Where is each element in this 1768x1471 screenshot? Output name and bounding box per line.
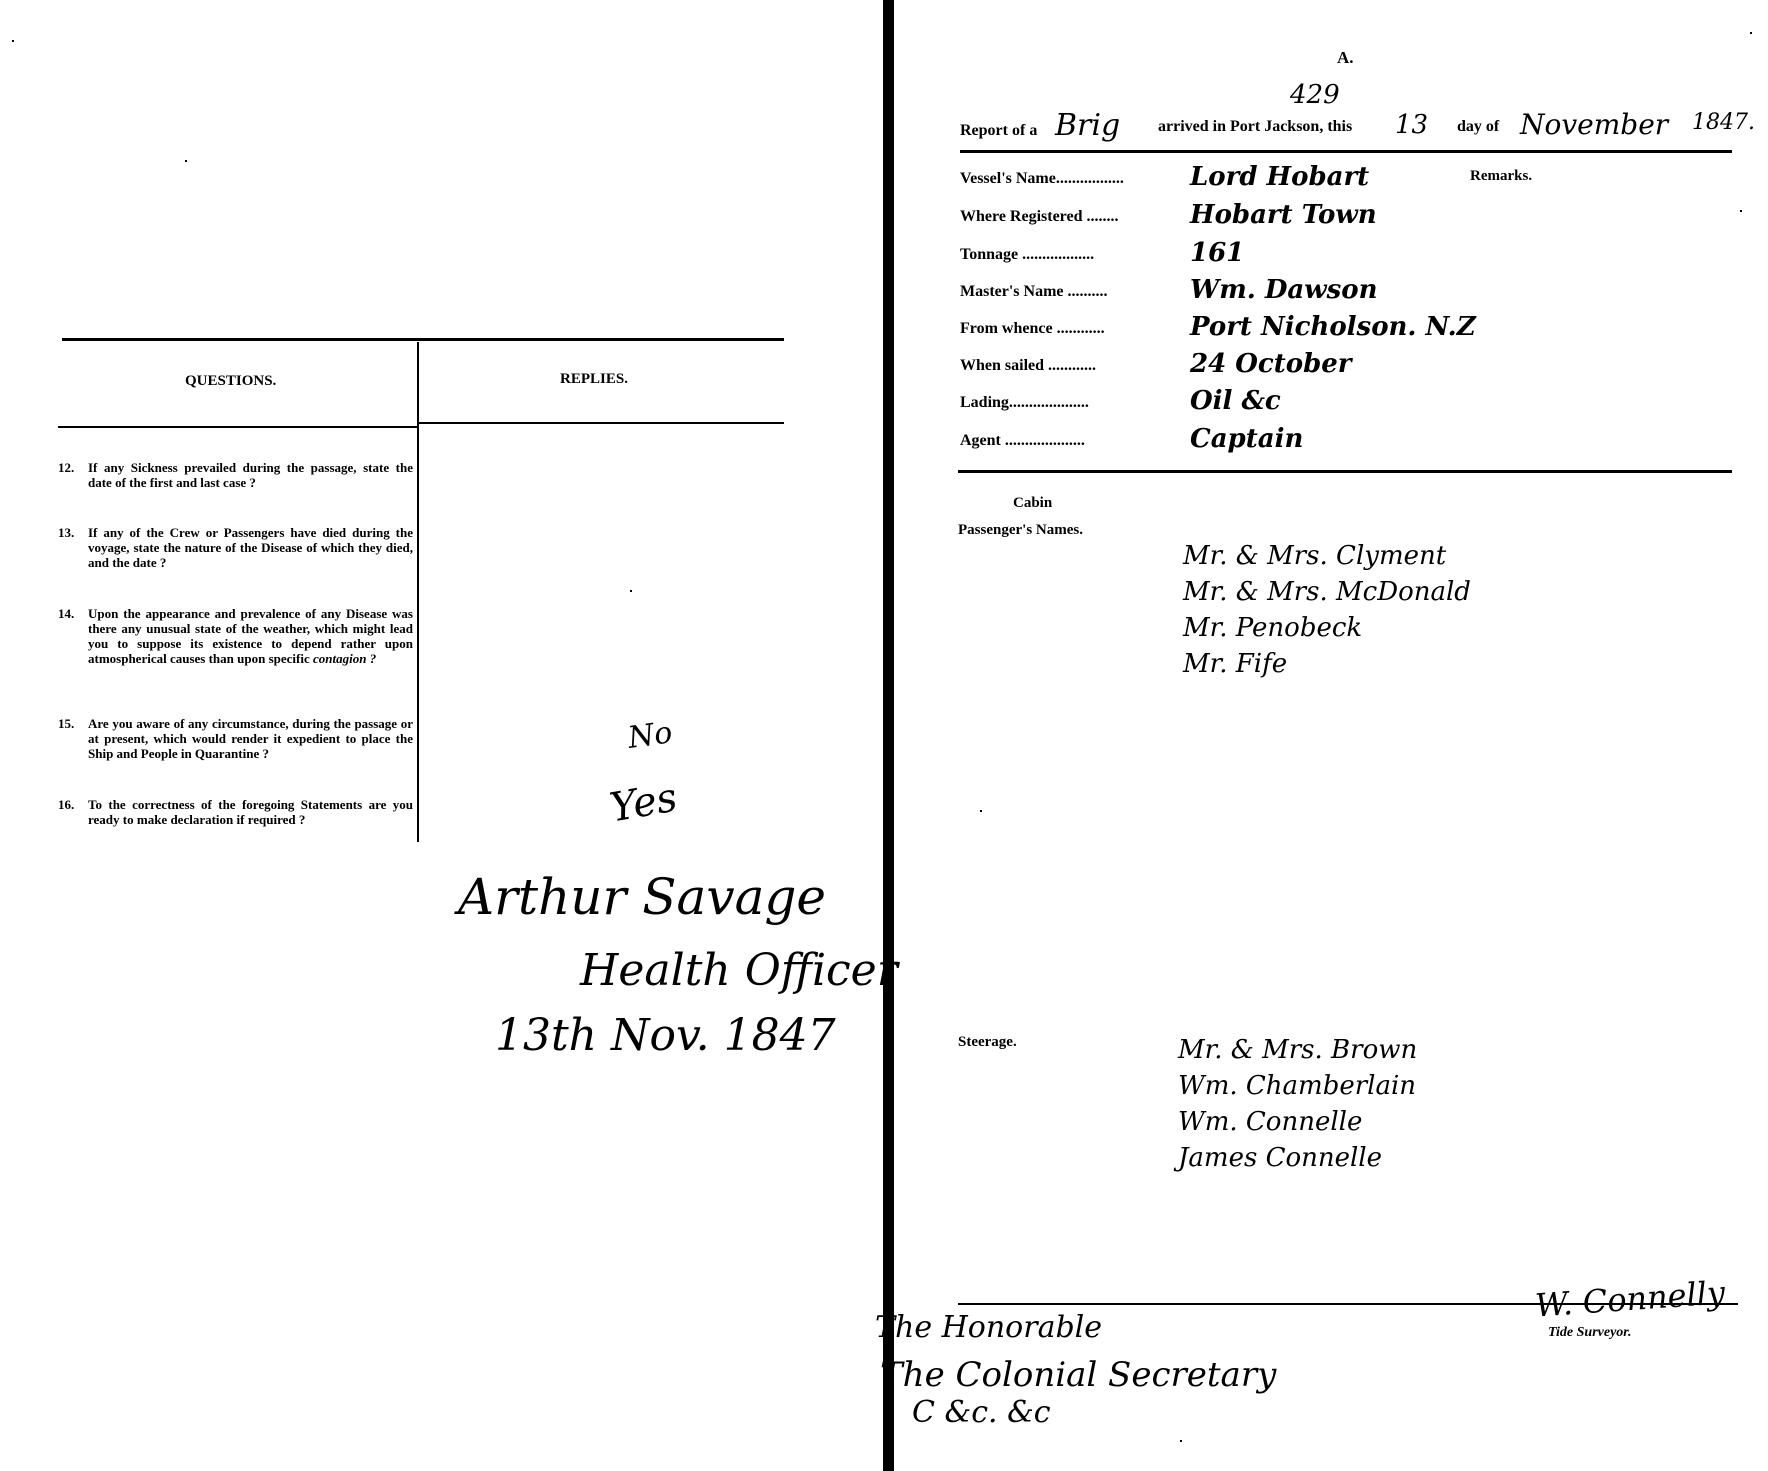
scan-speck <box>1750 32 1752 34</box>
field-from-whence: From whence ............ Port Nicholson.… <box>960 320 1768 344</box>
field-value: Hobart Town <box>1190 200 1377 230</box>
question-number: 12. <box>58 460 86 475</box>
report-line-rule <box>960 150 1732 153</box>
field-vessel-name: Vessel's Name................. Lord Hoba… <box>960 170 1768 194</box>
page-spine-divider <box>883 0 894 1471</box>
question-number: 15. <box>58 716 86 731</box>
cabin-passenger: Mr. Fife <box>1183 646 1471 682</box>
question-16: 16. To the correctness of the foregoing … <box>58 797 413 827</box>
field-label: Agent .................... <box>960 432 1085 450</box>
table-column-divider <box>417 342 419 842</box>
addressee-line-2: The Colonial Secretary <box>880 1355 1276 1395</box>
scan-speck <box>1180 1440 1182 1442</box>
passengers-names-label: Passenger's Names. <box>958 522 1083 539</box>
field-value: Port Nicholson. N.Z <box>1190 312 1476 342</box>
field-where-registered: Where Registered ........ Hobart Town <box>960 208 1768 232</box>
field-agent: Agent .................... Captain <box>960 432 1768 456</box>
field-label: When sailed ............ <box>960 357 1096 375</box>
field-label: Tonnage .................. <box>960 246 1094 264</box>
signature-date: 13th Nov. 1847 <box>495 1010 836 1061</box>
health-officer-title: Health Officer <box>580 945 898 996</box>
field-value: Captain <box>1190 424 1303 454</box>
question-text: Upon the appearance and prevalence of an… <box>88 606 413 666</box>
question-text-italic: contagion ? <box>313 651 376 666</box>
steerage-passenger: James Connelle <box>1178 1140 1417 1176</box>
fields-bottom-rule <box>958 470 1732 473</box>
question-15: 15. Are you aware of any circumstance, d… <box>58 716 413 761</box>
scan-speck <box>980 810 982 812</box>
health-officer-signature: Arthur Savage <box>458 868 826 926</box>
report-middle: arrived in Port Jackson, this <box>1158 118 1352 136</box>
steerage-passenger: Wm. Connelle <box>1178 1104 1417 1140</box>
addressee-line-3: C &c. &c <box>912 1395 1051 1430</box>
tide-surveyor-signature: W. Connelly <box>1534 1273 1726 1324</box>
field-value: Wm. Dawson <box>1190 275 1377 305</box>
section-letter: A. <box>1337 48 1354 68</box>
arrival-year: 1847. <box>1692 110 1755 135</box>
field-label: Vessel's Name................. <box>960 170 1124 188</box>
question-number: 16. <box>58 797 86 812</box>
question-13: 13. If any of the Crew or Passengers hav… <box>58 525 413 570</box>
scan-speck <box>185 160 187 162</box>
question-text: To the correctness of the foregoing Stat… <box>88 797 413 827</box>
reply-16-handwritten: Yes <box>607 775 681 832</box>
field-label: Where Registered ........ <box>960 208 1118 226</box>
question-text: If any Sickness prevailed during the pas… <box>88 460 413 490</box>
field-label: Lading.................... <box>960 394 1089 412</box>
steerage-passenger: Wm. Chamberlain <box>1178 1068 1417 1104</box>
field-lading: Lading.................... Oil &c <box>960 394 1768 418</box>
arrival-day: 13 <box>1395 110 1428 140</box>
question-number: 13. <box>58 525 86 540</box>
question-number: 14. <box>58 606 86 621</box>
field-value: 161 <box>1190 238 1244 268</box>
field-when-sailed: When sailed ............ 24 October <box>960 357 1768 381</box>
field-label: From whence ............ <box>960 320 1105 338</box>
steerage-passenger: Mr. & Mrs. Brown <box>1178 1032 1417 1068</box>
steerage-passenger-list: Mr. & Mrs. Brown Wm. Chamberlain Wm. Con… <box>1178 1032 1417 1176</box>
scan-speck <box>12 40 14 42</box>
arrival-month: November <box>1520 108 1668 141</box>
report-line: Report of a Brig arrived in Port Jackson… <box>960 106 1740 146</box>
scan-speck <box>1740 210 1742 212</box>
cabin-passenger: Mr. Penobeck <box>1183 610 1471 646</box>
replies-header: REPLIES. <box>560 371 628 388</box>
question-12: 12. If any Sickness prevailed during the… <box>58 460 413 490</box>
cabin-passenger: Mr. & Mrs. McDonald <box>1183 574 1471 610</box>
field-masters-name: Master's Name .......... Wm. Dawson <box>960 283 1768 307</box>
cabin-label: Cabin <box>1013 495 1052 512</box>
reply-15-handwritten: No <box>626 715 675 756</box>
field-value: Lord Hobart <box>1190 162 1369 192</box>
report-prefix: Report of a <box>960 122 1037 140</box>
addressee-line-1: The Honorable <box>875 1310 1102 1345</box>
field-label: Master's Name .......... <box>960 283 1108 301</box>
scan-speck <box>630 590 632 592</box>
cabin-passenger-list: Mr. & Mrs. Clyment Mr. & Mrs. McDonald M… <box>1183 538 1471 682</box>
table-header-bottom-rule-right <box>419 422 784 424</box>
field-tonnage: Tonnage .................. 161 <box>960 246 1768 270</box>
question-text: If any of the Crew or Passengers have di… <box>88 525 413 570</box>
question-text: Are you aware of any circumstance, durin… <box>88 716 413 761</box>
field-value: Oil &c <box>1190 386 1281 416</box>
questions-header: QUESTIONS. <box>185 373 276 390</box>
vessel-type: Brig <box>1055 108 1120 143</box>
field-value: 24 October <box>1190 349 1351 379</box>
table-top-rule <box>62 338 784 341</box>
table-header-bottom-rule-left <box>58 426 417 428</box>
tide-surveyor-label: Tide Surveyor. <box>1548 1325 1631 1341</box>
question-14: 14. Upon the appearance and prevalence o… <box>58 606 413 666</box>
cabin-passenger: Mr. & Mrs. Clyment <box>1183 538 1471 574</box>
report-day-of: day of <box>1457 118 1499 136</box>
steerage-label: Steerage. <box>958 1034 1017 1051</box>
